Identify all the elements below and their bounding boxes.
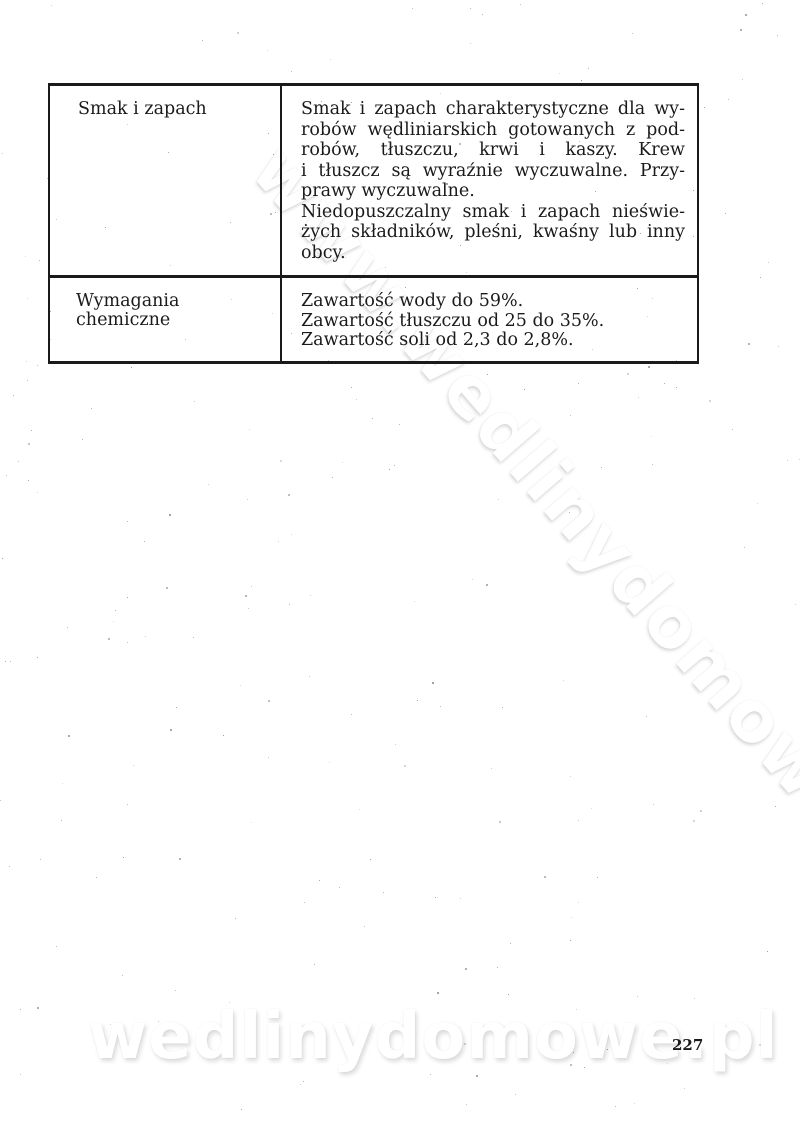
speck <box>370 859 371 860</box>
speck <box>37 1007 39 1009</box>
speck <box>510 943 511 944</box>
speck <box>26 361 27 362</box>
speck <box>709 400 711 402</box>
speck <box>115 610 116 611</box>
speck <box>497 967 498 968</box>
speck <box>578 383 579 384</box>
speck <box>465 968 467 970</box>
speck <box>524 389 525 390</box>
speck <box>417 700 418 701</box>
speck <box>497 421 498 422</box>
speck <box>51 5 52 6</box>
speck <box>175 990 176 991</box>
speck <box>627 373 629 375</box>
speck <box>777 35 778 36</box>
speck <box>208 484 209 485</box>
speck <box>144 541 145 542</box>
row-label-line: Wymagania <box>76 292 280 311</box>
speck <box>745 14 747 16</box>
speck <box>6 475 7 476</box>
row-label-line: chemiczne <box>76 311 280 330</box>
speck <box>440 706 441 707</box>
speck <box>588 68 589 69</box>
speck <box>127 804 128 805</box>
speck <box>516 472 517 473</box>
speck <box>309 676 310 677</box>
speck <box>515 1094 516 1095</box>
speck <box>648 366 650 368</box>
speck <box>748 343 750 345</box>
speck <box>251 822 252 823</box>
speck <box>491 768 492 769</box>
speck <box>728 99 729 100</box>
speck <box>169 514 171 516</box>
speck <box>248 608 249 609</box>
speck <box>544 876 546 878</box>
speck <box>430 1074 431 1075</box>
speck <box>251 586 252 587</box>
speck <box>292 1056 293 1057</box>
speck <box>570 415 571 416</box>
value-line: prawy wyczuwalne. <box>301 181 685 202</box>
speck <box>108 638 110 640</box>
speck <box>638 397 639 398</box>
speck <box>68 735 70 737</box>
speck <box>27 298 28 299</box>
speck <box>632 33 633 34</box>
speck <box>40 859 41 860</box>
speck <box>760 277 761 278</box>
speck <box>61 820 62 821</box>
value-line: robów, tłuszczu, krwi i kaszy. Krew <box>301 140 685 161</box>
speck <box>664 383 665 384</box>
speck <box>2 558 3 559</box>
value-line: Zawartość tłuszczu od 25 do 35%. <box>301 312 685 332</box>
speck <box>110 1024 111 1025</box>
value-line: robów wędliniarskich gotowanych z pod- <box>301 120 685 141</box>
speck <box>676 387 677 388</box>
speck <box>499 821 501 823</box>
speck <box>288 494 290 496</box>
speck <box>2 153 3 154</box>
speck <box>303 1081 304 1082</box>
speck <box>82 439 83 440</box>
value-line: żych składników, pleśni, kwaśny lub inny <box>301 222 685 243</box>
row-label: Wymagania chemiczne <box>49 277 281 363</box>
speck <box>170 729 172 731</box>
speck <box>435 897 436 898</box>
speck <box>145 636 146 637</box>
speck <box>502 707 503 708</box>
speck <box>775 806 776 807</box>
speck <box>67 627 68 628</box>
speck <box>470 43 471 44</box>
speck <box>127 597 128 598</box>
speck <box>601 467 602 468</box>
table-row-chemical-requirements: Wymagania chemiczne Zawartość wody do 59… <box>49 277 698 363</box>
speck <box>591 808 592 809</box>
speck <box>584 1067 585 1068</box>
speck <box>487 374 488 375</box>
speck <box>744 547 745 548</box>
speck <box>329 762 330 763</box>
speck <box>20 1009 21 1010</box>
speck <box>372 418 373 419</box>
value-line: i tłuszcz są wyraźnie wyczuwalne. Przy- <box>301 161 685 182</box>
speck <box>133 765 134 766</box>
page-number: 227 <box>672 1036 703 1054</box>
speck <box>37 657 38 658</box>
speck <box>412 8 413 9</box>
speck <box>268 700 270 702</box>
speck <box>732 429 733 430</box>
speck <box>330 59 331 60</box>
speck <box>394 465 395 466</box>
speck <box>351 714 352 715</box>
row-value: Smak i zapach charakterystyczne dla wy- … <box>281 85 698 277</box>
speck <box>432 682 434 684</box>
speck <box>667 1063 668 1064</box>
row-label: Smak i zapach <box>49 85 281 277</box>
speck <box>778 346 779 347</box>
speck <box>768 262 769 263</box>
speck <box>651 436 652 437</box>
speck <box>18 461 19 462</box>
speck <box>559 73 560 74</box>
speck <box>364 926 365 927</box>
speck <box>634 1103 635 1104</box>
speck <box>10 661 11 662</box>
speck <box>122 975 123 976</box>
speck <box>39 260 40 261</box>
speck <box>291 534 292 535</box>
speck <box>383 892 384 893</box>
speck <box>589 1041 590 1042</box>
speck <box>619 548 620 549</box>
speck <box>508 994 509 995</box>
speck <box>759 1044 761 1046</box>
speck <box>158 1021 159 1022</box>
speck <box>404 765 406 767</box>
table-row-taste-smell: Smak i zapach Smak i zapach charakteryst… <box>49 85 698 277</box>
speck <box>704 107 705 108</box>
speck <box>725 213 726 214</box>
speck <box>351 387 352 388</box>
speck <box>573 1052 574 1053</box>
speck <box>395 744 396 745</box>
speck <box>5 661 6 662</box>
speck <box>289 604 290 605</box>
speck <box>176 707 177 708</box>
value-line: Niedopuszczalny smak i zapach nieświe- <box>301 202 685 223</box>
speck <box>520 4 521 5</box>
speck <box>581 80 582 81</box>
speck <box>700 810 702 812</box>
speck <box>448 1053 449 1054</box>
speck <box>399 424 400 425</box>
speck <box>268 757 269 758</box>
speck <box>127 642 128 643</box>
speck <box>570 1064 572 1066</box>
speck <box>194 401 195 402</box>
speck <box>193 637 194 638</box>
speck <box>730 718 731 719</box>
speck <box>304 902 305 903</box>
speck <box>278 541 279 542</box>
speck <box>597 877 598 878</box>
speck <box>31 430 32 431</box>
speck <box>762 3 763 4</box>
speck <box>486 584 488 586</box>
speck <box>179 858 181 860</box>
speck <box>460 898 461 899</box>
value-line: Zawartość wody do 59%. <box>301 292 685 312</box>
speck <box>25 256 26 257</box>
speck <box>637 996 638 997</box>
speck <box>693 820 695 822</box>
speck <box>113 621 114 622</box>
speck <box>652 464 653 465</box>
speck <box>476 1075 478 1077</box>
speck <box>223 735 224 736</box>
speck <box>694 998 695 999</box>
book-page: www.wedlinydomowe.pl wedlinydomowe.pl Sm… <box>0 0 800 1122</box>
speck <box>127 521 128 522</box>
speck <box>389 469 390 470</box>
speck <box>570 776 571 777</box>
speck <box>607 1049 608 1050</box>
speck <box>578 902 579 903</box>
speck <box>740 29 742 31</box>
speck <box>13 395 14 396</box>
speck <box>757 503 758 504</box>
speck <box>653 804 654 805</box>
speck <box>578 820 579 821</box>
speck <box>300 1084 301 1085</box>
speck <box>332 477 333 478</box>
speck <box>28 443 30 445</box>
speck <box>91 408 92 409</box>
speck <box>310 595 311 596</box>
speck <box>9 866 10 867</box>
speck <box>229 1032 230 1033</box>
speck <box>235 918 236 919</box>
speck <box>37 492 38 493</box>
speck <box>569 512 570 513</box>
speck <box>28 480 29 481</box>
speck <box>466 1104 467 1105</box>
speck <box>267 50 268 51</box>
speck <box>795 604 796 605</box>
speck <box>314 964 315 965</box>
speck <box>96 877 97 878</box>
speck <box>470 8 471 9</box>
value-line: Smak i zapach charakterystyczne dla wy- <box>301 99 685 120</box>
speck <box>37 365 38 366</box>
specification-table: Smak i zapach Smak i zapach charakteryst… <box>48 83 699 364</box>
speck <box>280 460 282 462</box>
speck <box>62 783 63 784</box>
row-label-text: Smak i zapach <box>78 99 207 119</box>
speck <box>646 716 647 717</box>
speck <box>576 1009 577 1010</box>
speck <box>464 1043 466 1045</box>
speck <box>27 380 28 381</box>
speck <box>56 946 57 947</box>
speck <box>229 1002 230 1003</box>
speck <box>767 951 768 952</box>
speck <box>359 809 360 810</box>
speck <box>291 71 292 72</box>
value-line: Zawartość soli od 2,3 do 2,8%. <box>301 331 685 351</box>
speck <box>472 579 473 580</box>
speck <box>319 880 320 881</box>
speck <box>498 499 499 500</box>
speck <box>615 1106 616 1107</box>
speck <box>247 499 248 500</box>
speck <box>0 800 1 801</box>
speck <box>167 1028 168 1029</box>
speck <box>249 429 250 430</box>
speck <box>684 1088 685 1089</box>
speck <box>20 1074 21 1075</box>
speck <box>437 992 439 994</box>
row-value: Zawartość wody do 59%. Zawartość tłuszcz… <box>281 277 698 363</box>
speck <box>482 14 483 15</box>
value-line: obcy. <box>301 243 685 264</box>
speck <box>166 587 168 589</box>
speck <box>202 40 203 41</box>
speck <box>342 462 343 463</box>
speck <box>123 857 124 858</box>
speck <box>787 460 788 461</box>
speck <box>240 685 241 686</box>
speck <box>570 940 571 941</box>
speck <box>131 367 132 368</box>
speck <box>339 887 340 888</box>
speck <box>237 32 239 34</box>
speck <box>356 399 357 400</box>
speck <box>414 601 415 602</box>
speck <box>571 917 572 918</box>
speck <box>742 79 743 80</box>
speck <box>563 680 564 681</box>
speck <box>245 595 247 597</box>
speck <box>241 1109 242 1110</box>
